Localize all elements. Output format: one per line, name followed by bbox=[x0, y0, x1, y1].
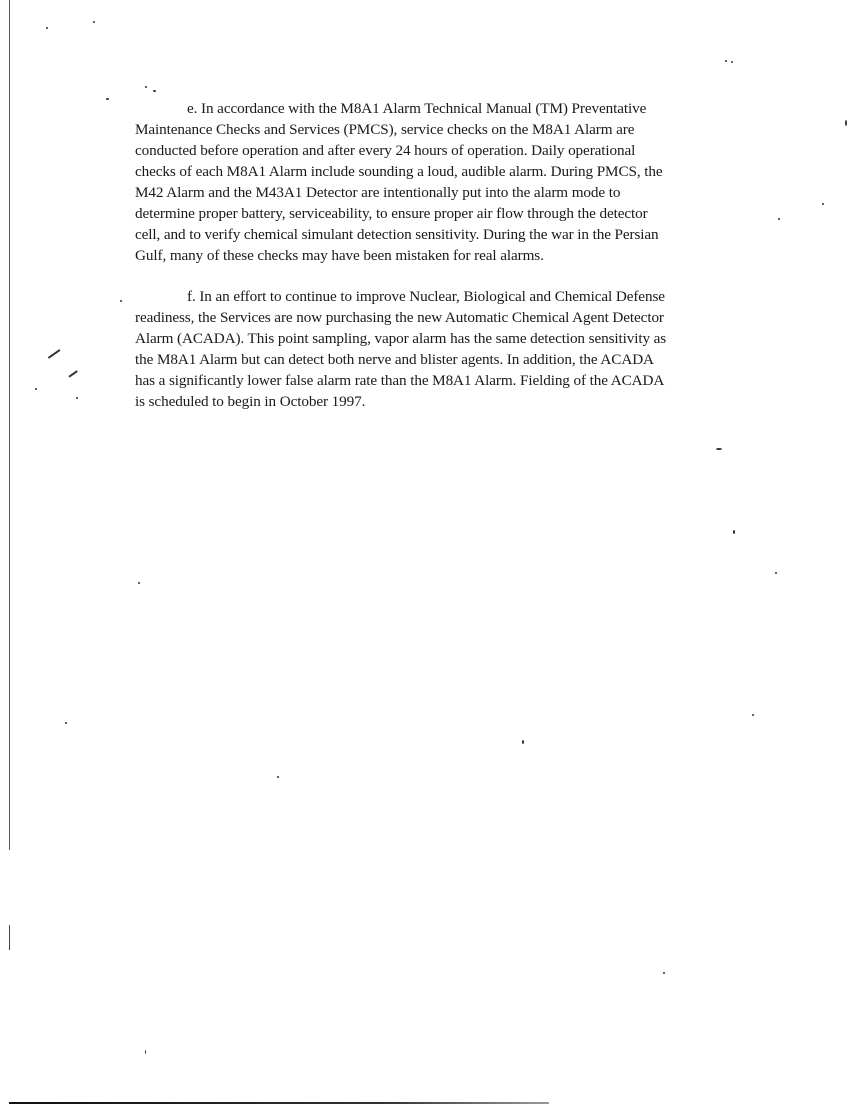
scan-speck bbox=[731, 61, 733, 63]
scan-mark bbox=[48, 349, 60, 358]
scan-speck bbox=[106, 98, 109, 100]
scan-speck bbox=[733, 530, 735, 534]
scan-speck bbox=[822, 203, 824, 205]
scan-speck bbox=[663, 972, 665, 974]
paragraph-line: Maintenance Checks and Services (PMCS), … bbox=[135, 119, 765, 140]
scan-speck bbox=[153, 90, 156, 92]
scan-speck bbox=[145, 1050, 146, 1054]
scan-speck bbox=[145, 86, 147, 88]
page-edge-left bbox=[9, 0, 10, 850]
scan-speck bbox=[716, 448, 722, 450]
scan-speck bbox=[138, 582, 140, 584]
paragraph-line: Gulf, many of these checks may have been… bbox=[135, 245, 765, 266]
scan-speck bbox=[120, 300, 122, 302]
paragraph-line: f. In an effort to continue to improve N… bbox=[135, 286, 765, 307]
scan-speck bbox=[778, 218, 780, 220]
paragraph-line: has a significantly lower false alarm ra… bbox=[135, 370, 765, 391]
paragraph-line: determine proper battery, serviceability… bbox=[135, 203, 765, 224]
page-edge-mark bbox=[9, 925, 10, 950]
paragraph-line: readiness, the Services are now purchasi… bbox=[135, 307, 765, 328]
paragraph-f: f. In an effort to continue to improve N… bbox=[135, 286, 765, 412]
paragraph-line: is scheduled to begin in October 1997. bbox=[135, 391, 765, 412]
footer-rule bbox=[9, 1102, 549, 1104]
paragraph-line: the M8A1 Alarm but can detect both nerve… bbox=[135, 349, 765, 370]
scan-speck bbox=[845, 120, 847, 126]
scan-speck bbox=[775, 572, 777, 574]
scan-speck bbox=[277, 776, 279, 778]
paragraph-line: Alarm (ACADA). This point sampling, vapo… bbox=[135, 328, 765, 349]
paragraph-line: M42 Alarm and the M43A1 Detector are int… bbox=[135, 182, 765, 203]
scan-speck bbox=[46, 27, 48, 29]
scan-speck bbox=[35, 388, 37, 390]
scan-speck bbox=[752, 714, 754, 716]
paragraph-e: e. In accordance with the M8A1 Alarm Tec… bbox=[135, 98, 765, 266]
paragraph-line: checks of each M8A1 Alarm include soundi… bbox=[135, 161, 765, 182]
paragraph-line: conducted before operation and after eve… bbox=[135, 140, 765, 161]
scan-speck bbox=[93, 21, 95, 23]
paragraph-line: cell, and to verify chemical simulant de… bbox=[135, 224, 765, 245]
scan-speck bbox=[725, 60, 727, 62]
scan-speck bbox=[76, 397, 78, 399]
scan-speck bbox=[65, 722, 67, 724]
scan-mark bbox=[68, 370, 77, 377]
paragraph-line: e. In accordance with the M8A1 Alarm Tec… bbox=[135, 98, 765, 119]
scan-speck bbox=[522, 740, 524, 744]
